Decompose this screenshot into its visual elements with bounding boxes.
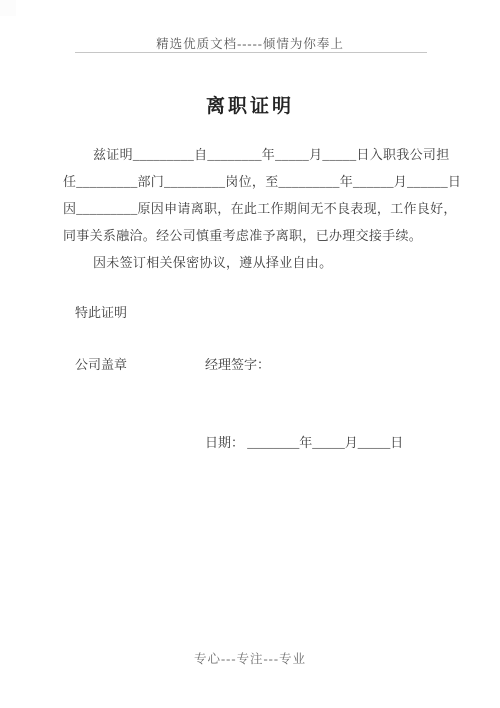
header-divider — [75, 52, 427, 53]
corner-artifact — [0, 0, 16, 16]
document-page: 精选优质文档-----倾情为你奉上 离职证明 兹证明_________自____… — [0, 0, 500, 708]
company-seal-label: 公司盖章 — [75, 354, 127, 373]
body-line-2: 任_________部门_________岗位，至_________年_____… — [63, 168, 453, 195]
closing-statement: 特此证明 — [75, 302, 127, 321]
header-slogan: 精选优质文档-----倾情为你奉上 — [0, 34, 500, 52]
body-line-3: 因_________原因申请离职，在此工作期间无不良表现，工作良好， — [63, 195, 453, 222]
date-line: 日期： ________年_____月_____日 — [205, 432, 403, 451]
body-line-4: 同事关系融洽。经公司慎重考虑准予离职，已办理交接手续。 — [63, 222, 453, 249]
footer-slogan: 专心---专注---专业 — [0, 649, 500, 667]
body-line-1: 兹证明_________自________年_____月_____日入职我公司担 — [63, 141, 453, 168]
document-title: 离职证明 — [0, 91, 500, 118]
manager-signature-label: 经理签字： — [205, 354, 270, 373]
body-line-5: 因未签订相关保密协议，遵从择业自由。 — [63, 249, 453, 276]
document-body: 兹证明_________自________年_____月_____日入职我公司担… — [63, 141, 453, 276]
